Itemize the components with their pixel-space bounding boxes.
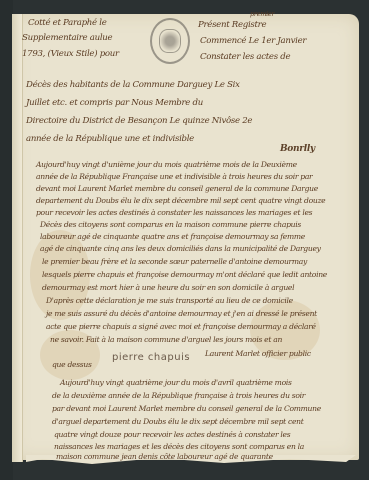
entry1-line: Décès des citoyens sont comparus en la m…	[40, 220, 301, 229]
entry1-line: D'après cette déclaration je me suis tra…	[46, 296, 293, 305]
header-right-line: Présent Registre	[198, 18, 266, 33]
entry1-line: laboureur agé de cinquante quatre ans et…	[40, 232, 305, 241]
header-superscript: premier	[250, 10, 274, 18]
signature-bonrlly: Bonrlly	[280, 144, 315, 154]
header-left-line: 1793, (Vieux Stile) pour	[22, 47, 119, 62]
entry1-line: lesquels pierre chapuis et françoise dem…	[42, 270, 327, 279]
entry1-line: année de la République Française une et …	[36, 172, 312, 181]
entry1-line: devant moi Laurent Marlet membre du cons…	[36, 184, 318, 193]
entry1-line: demourmay est mort hier à une heure du s…	[42, 283, 294, 292]
header-right-line: Commencé Le 1er Janvier	[200, 34, 306, 49]
entry1-line: departement du Doubs élu le dix sept déc…	[36, 196, 325, 205]
intro-line: année de la République une et indivisibl…	[26, 132, 194, 147]
entry1-line: que dessus	[52, 360, 92, 369]
entry2-line: d'arguel departement du Doubs élu le dix…	[52, 417, 304, 426]
officer-note: Laurent Marlet officier public	[205, 349, 311, 358]
entry2-line: par devant moi Laurent Marlet membre du …	[52, 404, 321, 413]
intro-line: Directoire du District de Besançon Le qu…	[26, 114, 252, 129]
header-left-line: Supplementaire aulue	[22, 31, 112, 46]
entry2-line: naissances les mariages et les décès des…	[54, 442, 304, 451]
seal-stamp-icon	[150, 18, 190, 64]
entry2-line: de la deuxième année de la République fr…	[52, 391, 305, 400]
header-right-line: Constater les actes de	[200, 50, 290, 65]
entry2-line: Aujourd'huy vingt quatrième jour du mois…	[60, 378, 292, 387]
signature-pierre-chapuis: pierre chapuis	[112, 352, 190, 363]
entry1-line: agé de cinquante cinq ans les deux domic…	[40, 244, 321, 253]
entry1-line: je me suis assuré du décès d'antoine dem…	[46, 309, 317, 318]
intro-line: Décès des habitants de la Commune Dargue…	[26, 78, 240, 93]
entry2-line: maison commune jean denis côte laboureur…	[56, 452, 273, 461]
entry1-line: pour recevoir les actes destinés à const…	[36, 208, 312, 217]
page-fold	[12, 14, 23, 462]
header-left-line: Cotté et Paraphé le	[28, 16, 106, 31]
intro-line: Juillet etc. et compris par Nous Membre …	[26, 96, 203, 111]
entry2-line: quatre vingt douze pour recevoir les act…	[54, 430, 290, 439]
entry1-line: Aujourd'huy vingt d'unième jour du mois …	[36, 160, 297, 169]
entry1-line: ne savoir. Fait à la maison commune d'ar…	[50, 335, 282, 344]
entry1-line: acte que pierre chapuis a signé avec moi…	[46, 322, 316, 331]
entry1-line: le premier beau frère et la seconde sœur…	[42, 257, 307, 266]
